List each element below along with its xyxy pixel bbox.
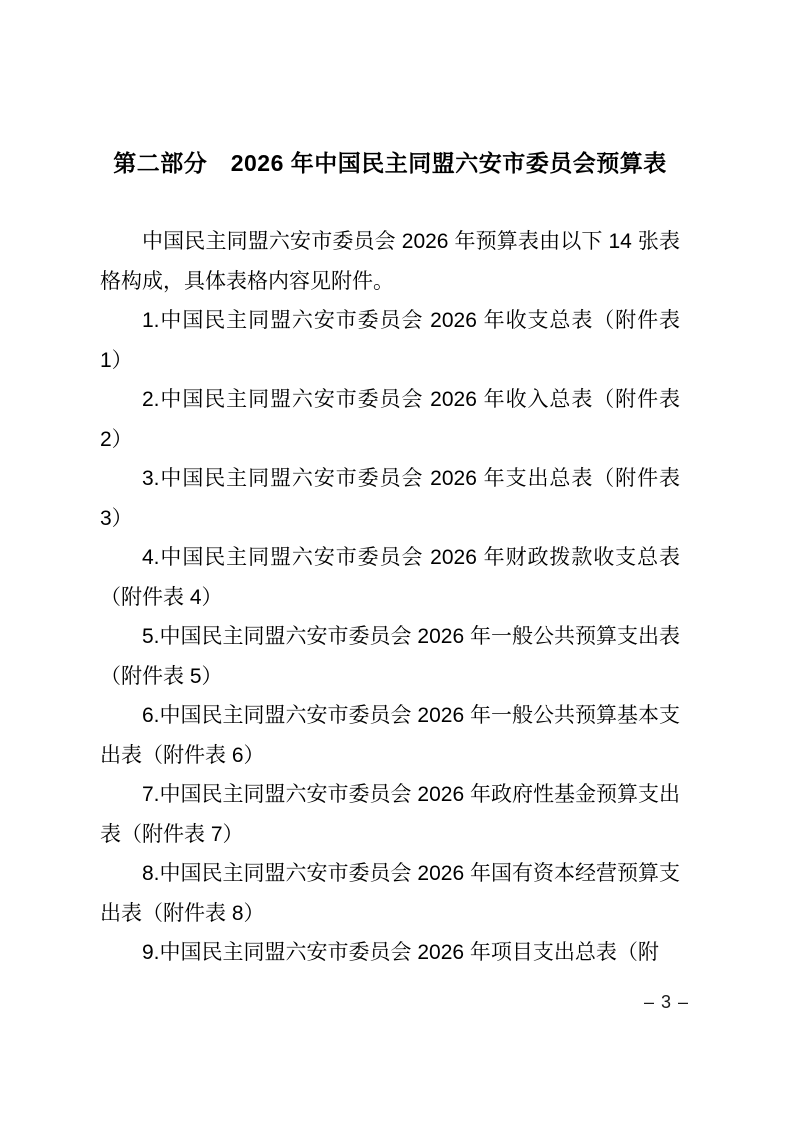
list-item-5: 5.中国民主同盟六安市委员会 2026 年一般公共预算支出表（附件表 5） <box>100 617 680 696</box>
list-item-8: 8.中国民主同盟六安市委员会 2026 年国有资本经营预算支出表（附件表 8） <box>100 854 680 933</box>
document-content: 第二部分 2026 年中国民主同盟六安市委员会预算表 中国民主同盟六安市委员会 … <box>100 143 680 973</box>
section-title: 第二部分 2026 年中国民主同盟六安市委员会预算表 <box>100 143 680 183</box>
list-item-4: 4.中国民主同盟六安市委员会 2026 年财政拨款收支总表（附件表 4） <box>100 538 680 617</box>
intro-paragraph: 中国民主同盟六安市委员会 2026 年预算表由以下 14 张表格构成，具体表格内… <box>100 222 680 301</box>
list-item-7: 7.中国民主同盟六安市委员会 2026 年政府性基金预算支出表（附件表 7） <box>100 775 680 854</box>
list-item-9: 9.中国民主同盟六安市委员会 2026 年项目支出总表（附 <box>100 933 680 973</box>
list-item-2: 2.中国民主同盟六安市委员会 2026 年收入总表（附件表 2） <box>100 380 680 459</box>
list-item-6: 6.中国民主同盟六安市委员会 2026 年一般公共预算基本支出表（附件表 6） <box>100 696 680 775</box>
page-number: – 3 – <box>644 992 689 1013</box>
list-item-3: 3.中国民主同盟六安市委员会 2026 年支出总表（附件表 3） <box>100 459 680 538</box>
list-item-1: 1.中国民主同盟六安市委员会 2026 年收支总表（附件表 1） <box>100 301 680 380</box>
document-page: 第二部分 2026 年中国民主同盟六安市委员会预算表 中国民主同盟六安市委员会 … <box>0 0 793 1122</box>
